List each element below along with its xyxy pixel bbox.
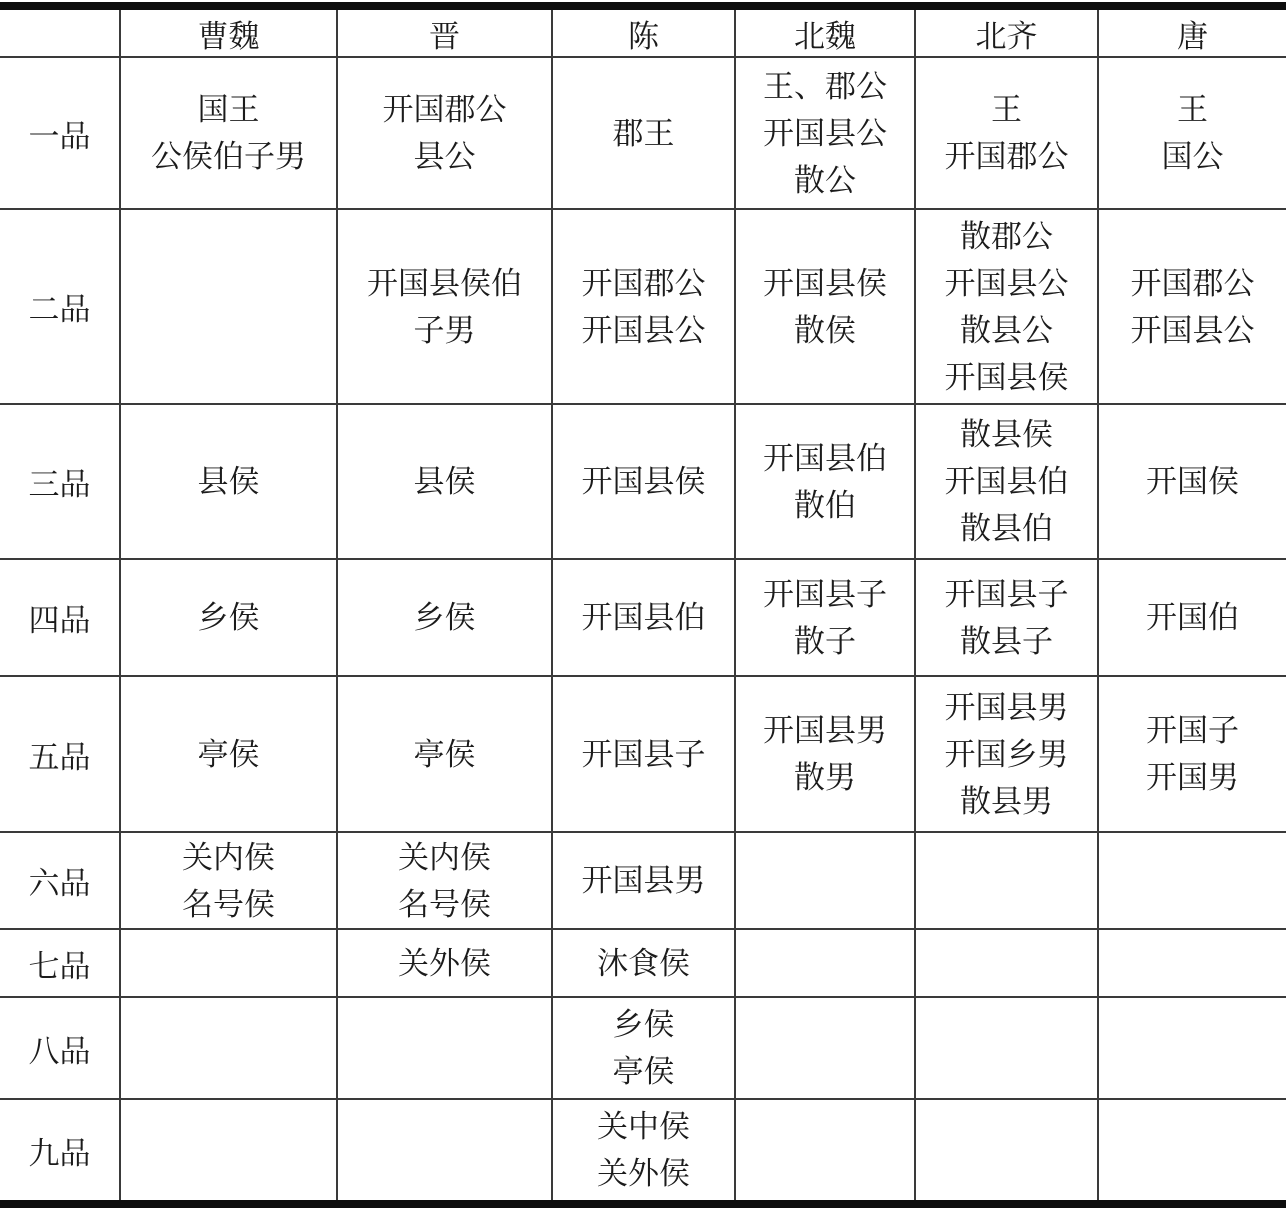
cell-line: 县公 bbox=[338, 133, 551, 180]
row-label: 九品 bbox=[0, 1099, 120, 1204]
table-cell bbox=[337, 1099, 552, 1204]
table-row: 一品国王公侯伯子男开国郡公县公郡王王、郡公开国县公散公王开国郡公王国公 bbox=[0, 57, 1286, 209]
cell-line: 关外侯 bbox=[553, 1150, 734, 1197]
cell-line: 开国县侯 bbox=[916, 354, 1097, 401]
cell-line: 开国侯 bbox=[1099, 458, 1286, 505]
cell-line: 开国县子 bbox=[553, 731, 734, 778]
table-row: 六品关内侯名号侯关内侯名号侯开国县男 bbox=[0, 832, 1286, 929]
cell-line: 郡王 bbox=[553, 110, 734, 157]
row-label: 八品 bbox=[0, 997, 120, 1099]
table-cell: 开国县男散男 bbox=[735, 676, 915, 832]
cell-line: 县侯 bbox=[121, 458, 336, 505]
cell-line: 散县子 bbox=[916, 618, 1097, 665]
table-cell: 亭侯 bbox=[337, 676, 552, 832]
row-label: 七品 bbox=[0, 929, 120, 997]
table-row: 九品关中侯关外侯 bbox=[0, 1099, 1286, 1204]
row-label: 二品 bbox=[0, 209, 120, 404]
row-label: 四品 bbox=[0, 559, 120, 676]
table-cell: 国王公侯伯子男 bbox=[120, 57, 337, 209]
table-cell: 开国县侯伯子男 bbox=[337, 209, 552, 404]
cell-line: 散子 bbox=[736, 618, 914, 665]
column-header: 陈 bbox=[552, 6, 735, 57]
cell-line: 散公 bbox=[736, 157, 914, 204]
document-page: 曹魏晋陈北魏北齐唐 一品国王公侯伯子男开国郡公县公郡王王、郡公开国县公散公王开国… bbox=[0, 0, 1286, 1221]
table-row: 五品亭侯亭侯开国县子开国县男散男开国县男开国乡男散县男开国子开国男 bbox=[0, 676, 1286, 832]
table-body: 一品国王公侯伯子男开国郡公县公郡王王、郡公开国县公散公王开国郡公王国公二品开国县… bbox=[0, 57, 1286, 1204]
cell-line: 子男 bbox=[338, 307, 551, 354]
table-cell bbox=[120, 209, 337, 404]
cell-line: 开国县公 bbox=[916, 260, 1097, 307]
cell-line: 开国郡公 bbox=[338, 86, 551, 133]
cell-line: 国王 bbox=[121, 86, 336, 133]
cell-line: 开国县男 bbox=[553, 857, 734, 904]
cell-line: 亭侯 bbox=[553, 1048, 734, 1095]
table-cell: 关内侯名号侯 bbox=[337, 832, 552, 929]
table-cell: 王、郡公开国县公散公 bbox=[735, 57, 915, 209]
table-cell: 亭侯 bbox=[120, 676, 337, 832]
cell-line: 县侯 bbox=[338, 458, 551, 505]
cell-line: 散郡公 bbox=[916, 213, 1097, 260]
cell-line: 散男 bbox=[736, 754, 914, 801]
column-header: 唐 bbox=[1098, 6, 1286, 57]
cell-line: 关外侯 bbox=[338, 940, 551, 987]
cell-line: 开国县伯 bbox=[736, 435, 914, 482]
table-cell bbox=[915, 832, 1098, 929]
table-cell: 散县侯开国县伯散县伯 bbox=[915, 404, 1098, 559]
table-row: 二品开国县侯伯子男开国郡公开国县公开国县侯散侯散郡公开国县公散县公开国县侯开国郡… bbox=[0, 209, 1286, 404]
table-row: 三品县侯县侯开国县侯开国县伯散伯散县侯开国县伯散县伯开国侯 bbox=[0, 404, 1286, 559]
table-cell: 开国县男 bbox=[552, 832, 735, 929]
table-cell: 沐食侯 bbox=[552, 929, 735, 997]
cell-line: 沐食侯 bbox=[553, 940, 734, 987]
table-cell: 开国郡公县公 bbox=[337, 57, 552, 209]
cell-line: 开国郡公 bbox=[916, 133, 1097, 180]
cell-line: 开国子 bbox=[1099, 707, 1286, 754]
table-cell: 开国县侯散侯 bbox=[735, 209, 915, 404]
cell-line: 关内侯 bbox=[338, 834, 551, 881]
table-cell bbox=[120, 1099, 337, 1204]
table-cell bbox=[915, 1099, 1098, 1204]
cell-line: 开国县男 bbox=[736, 707, 914, 754]
cell-line: 名号侯 bbox=[338, 881, 551, 928]
table-cell bbox=[1098, 929, 1286, 997]
table-row: 四品乡侯乡侯开国县伯开国县子散子开国县子散县子开国伯 bbox=[0, 559, 1286, 676]
table-cell: 乡侯 bbox=[337, 559, 552, 676]
row-label: 六品 bbox=[0, 832, 120, 929]
cell-line: 开国伯 bbox=[1099, 594, 1286, 641]
table-cell bbox=[735, 1099, 915, 1204]
cell-line: 开国县公 bbox=[736, 110, 914, 157]
table-cell bbox=[1098, 1099, 1286, 1204]
table-cell: 散郡公开国县公散县公开国县侯 bbox=[915, 209, 1098, 404]
corner-cell bbox=[0, 6, 120, 57]
table-cell bbox=[735, 929, 915, 997]
cell-line: 王 bbox=[916, 86, 1097, 133]
row-label: 一品 bbox=[0, 57, 120, 209]
cell-line: 关中侯 bbox=[553, 1103, 734, 1150]
cell-line: 王 bbox=[1099, 86, 1286, 133]
cell-line: 开国县伯 bbox=[553, 594, 734, 641]
table-cell: 王开国郡公 bbox=[915, 57, 1098, 209]
cell-line: 开国郡公 bbox=[1099, 260, 1286, 307]
cell-line: 开国县侯 bbox=[736, 260, 914, 307]
table-cell bbox=[735, 997, 915, 1099]
table-cell: 县侯 bbox=[120, 404, 337, 559]
table-cell: 开国县伯散伯 bbox=[735, 404, 915, 559]
table-row: 八品乡侯亭侯 bbox=[0, 997, 1286, 1099]
table-cell: 开国郡公开国县公 bbox=[552, 209, 735, 404]
cell-line: 开国县子 bbox=[916, 571, 1097, 618]
column-header: 晋 bbox=[337, 6, 552, 57]
table-cell bbox=[915, 929, 1098, 997]
cell-line: 关内侯 bbox=[121, 834, 336, 881]
cell-line: 开国郡公 bbox=[553, 260, 734, 307]
cell-line: 开国男 bbox=[1099, 754, 1286, 801]
cell-line: 公侯伯子男 bbox=[121, 133, 336, 180]
cell-line: 开国县侯伯 bbox=[338, 260, 551, 307]
table-cell: 县侯 bbox=[337, 404, 552, 559]
table-cell bbox=[915, 997, 1098, 1099]
header-row: 曹魏晋陈北魏北齐唐 bbox=[0, 6, 1286, 57]
cell-line: 开国县公 bbox=[553, 307, 734, 354]
cell-line: 散县伯 bbox=[916, 505, 1097, 552]
table-cell: 郡王 bbox=[552, 57, 735, 209]
cell-line: 开国县伯 bbox=[916, 458, 1097, 505]
column-header: 曹魏 bbox=[120, 6, 337, 57]
table-cell: 王国公 bbox=[1098, 57, 1286, 209]
table-cell: 开国县子 bbox=[552, 676, 735, 832]
table-cell: 开国侯 bbox=[1098, 404, 1286, 559]
cell-line: 名号侯 bbox=[121, 881, 336, 928]
table-cell bbox=[337, 997, 552, 1099]
table-cell: 开国县伯 bbox=[552, 559, 735, 676]
table-cell bbox=[735, 832, 915, 929]
cell-line: 散县男 bbox=[916, 778, 1097, 825]
cell-line: 亭侯 bbox=[121, 731, 336, 778]
cell-line: 散县侯 bbox=[916, 411, 1097, 458]
table-cell: 乡侯 bbox=[120, 559, 337, 676]
cell-line: 亭侯 bbox=[338, 731, 551, 778]
cell-line: 散县公 bbox=[916, 307, 1097, 354]
table-cell: 开国郡公开国县公 bbox=[1098, 209, 1286, 404]
table-cell: 关内侯名号侯 bbox=[120, 832, 337, 929]
cell-line: 开国乡男 bbox=[916, 731, 1097, 778]
table-cell: 开国县男开国乡男散县男 bbox=[915, 676, 1098, 832]
cell-line: 乡侯 bbox=[338, 594, 551, 641]
cell-line: 乡侯 bbox=[553, 1001, 734, 1048]
table-header: 曹魏晋陈北魏北齐唐 bbox=[0, 6, 1286, 57]
table-cell: 开国县侯 bbox=[552, 404, 735, 559]
cell-line: 开国县子 bbox=[736, 571, 914, 618]
column-header: 北齐 bbox=[915, 6, 1098, 57]
rank-table: 曹魏晋陈北魏北齐唐 一品国王公侯伯子男开国郡公县公郡王王、郡公开国县公散公王开国… bbox=[0, 2, 1286, 1208]
cell-line: 开国县侯 bbox=[553, 458, 734, 505]
table-cell: 乡侯亭侯 bbox=[552, 997, 735, 1099]
table-cell: 开国子开国男 bbox=[1098, 676, 1286, 832]
cell-line: 散侯 bbox=[736, 307, 914, 354]
cell-line: 开国县公 bbox=[1099, 307, 1286, 354]
table-cell bbox=[1098, 832, 1286, 929]
row-label: 五品 bbox=[0, 676, 120, 832]
row-label: 三品 bbox=[0, 404, 120, 559]
table-cell: 开国县子散县子 bbox=[915, 559, 1098, 676]
cell-line: 乡侯 bbox=[121, 594, 336, 641]
table-cell bbox=[1098, 997, 1286, 1099]
table-row: 七品关外侯沐食侯 bbox=[0, 929, 1286, 997]
cell-line: 散伯 bbox=[736, 482, 914, 529]
column-header: 北魏 bbox=[735, 6, 915, 57]
table-cell bbox=[120, 997, 337, 1099]
cell-line: 国公 bbox=[1099, 133, 1286, 180]
table-cell: 开国伯 bbox=[1098, 559, 1286, 676]
table-cell: 开国县子散子 bbox=[735, 559, 915, 676]
table-cell: 关中侯关外侯 bbox=[552, 1099, 735, 1204]
cell-line: 王、郡公 bbox=[736, 63, 914, 110]
cell-line: 开国县男 bbox=[916, 684, 1097, 731]
table-cell: 关外侯 bbox=[337, 929, 552, 997]
table-cell bbox=[120, 929, 337, 997]
